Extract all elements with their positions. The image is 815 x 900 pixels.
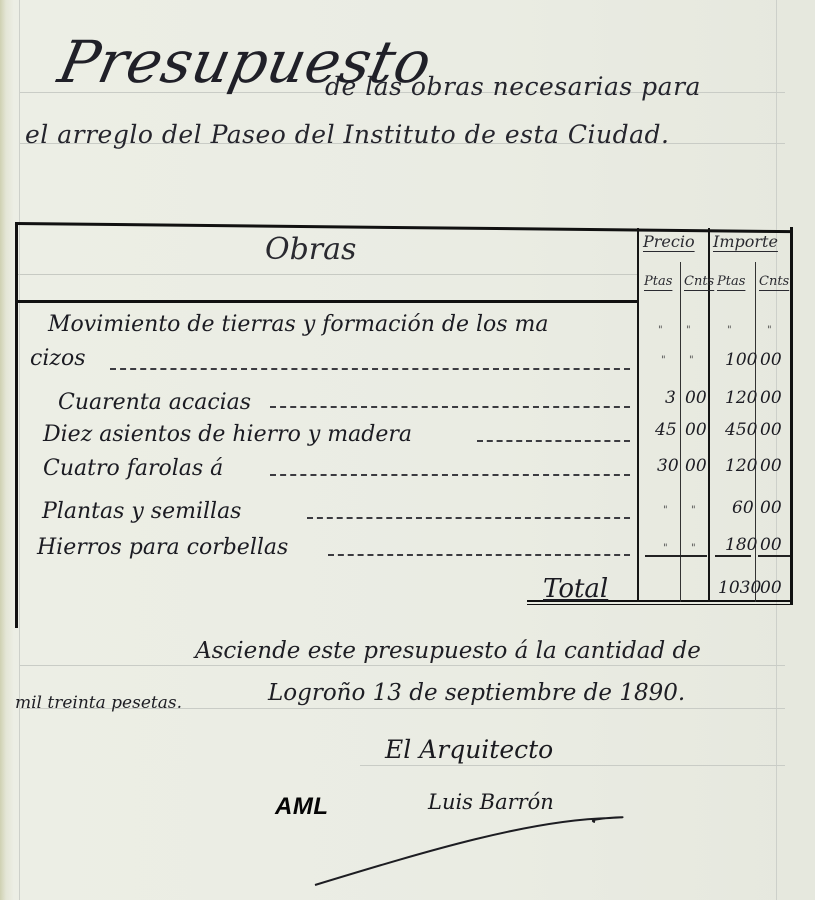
header-importe: Importe: [713, 232, 778, 251]
signer-role: El Arquitecto: [385, 735, 553, 764]
ruled-line: [360, 765, 785, 766]
ditto-mark: ": [767, 325, 772, 336]
leader-dashes: [328, 554, 630, 557]
ruled-line: [20, 665, 785, 666]
row-4-importe-cnts: 00: [760, 456, 782, 476]
row-5-importe-cnts: 00: [760, 498, 782, 518]
row-3-precio-cnts: 00: [685, 420, 707, 440]
subtotal-underline-precio: [645, 555, 707, 557]
document-page: Presupuesto de las obras necesarias para…: [0, 0, 815, 900]
row-3-label: Diez asientos de hierro y madera: [43, 422, 412, 447]
row-1-importe-cnts: 00: [760, 350, 782, 370]
archive-watermark-aml: AML: [275, 793, 328, 821]
leader-dashes: [270, 406, 630, 409]
row-2-precio-cnts: 00: [685, 388, 707, 408]
header-importe-cnts: Cnts: [759, 274, 789, 289]
row-6-importe-ptas: 180: [725, 535, 757, 555]
total-label: Total: [543, 574, 608, 604]
row-2-importe-cnts: 00: [760, 388, 782, 408]
row-4-precio-cnts: 00: [685, 456, 707, 476]
header-divider: [15, 300, 639, 303]
row-3-importe-cnts: 00: [760, 420, 782, 440]
row-1-importe-ptas: 100: [725, 350, 757, 370]
table-right-border: [790, 227, 793, 604]
table-left-border: [15, 222, 18, 628]
row-3-precio-ptas: 45: [655, 420, 677, 440]
header-precio-cnts: Cnts: [684, 274, 714, 289]
ditto-mark: ": [686, 325, 691, 336]
leader-dashes: [270, 474, 630, 477]
leader-dashes: [307, 517, 630, 520]
row-5-precio-ptas: ": [663, 505, 668, 516]
row-5-precio-cnts: ": [691, 505, 696, 516]
row-3-importe-ptas: 450: [725, 420, 757, 440]
ditto-mark: ": [658, 325, 663, 336]
row-1-label-line-2: cizos: [30, 346, 85, 371]
place-and-date: Logroño 13 de septiembre de 1890.: [268, 680, 685, 706]
closing-amount-words: mil treinta pesetas.: [15, 693, 182, 713]
row-4-importe-ptas: 120: [725, 456, 757, 476]
leader-dashes: [477, 440, 630, 443]
title-line-1: de las obras necesarias para: [325, 72, 701, 101]
budget-table: Obras Precio Importe Ptas Cnts Ptas Cnts…: [15, 222, 793, 602]
subtotal-underline-importe-ptas: [715, 555, 751, 557]
row-6-label: Hierros para corbellas: [37, 535, 288, 560]
row-5-importe-ptas: 60: [732, 498, 754, 518]
header-precio: Precio: [643, 232, 695, 251]
row-1-precio-ptas: ": [661, 355, 666, 366]
row-2-importe-ptas: 120: [725, 388, 757, 408]
row-1-label-line-1: Movimiento de tierras y formación de los…: [48, 312, 549, 337]
total-importe-cnts: 00: [760, 578, 782, 598]
leader-dashes: [110, 368, 630, 371]
row-6-precio-cnts: ": [691, 543, 696, 554]
row-4-label: Cuatro farolas á: [43, 456, 223, 481]
table-bottom-double-line: [527, 604, 793, 605]
ditto-mark: ": [727, 325, 732, 336]
subtotal-underline-importe-cnts: [758, 555, 790, 557]
row-1-precio-cnts: ": [689, 355, 694, 366]
row-6-importe-cnts: 00: [760, 535, 782, 555]
column-divider-obras-precio: [637, 228, 639, 602]
total-importe-ptas: 1030: [718, 578, 761, 598]
row-6-precio-ptas: ": [663, 543, 668, 554]
column-divider-precio-ptas-cnts: [680, 262, 681, 602]
row-4-precio-ptas: 30: [657, 456, 679, 476]
closing-line-1: Asciende este presupuesto á la cantidad …: [195, 638, 701, 664]
title-line-2: el arreglo del Paseo del Instituto de es…: [25, 120, 669, 149]
header-obras: Obras: [265, 232, 356, 267]
header-precio-ptas: Ptas: [644, 274, 672, 289]
row-2-precio-ptas: 3: [665, 388, 676, 408]
row-5-label: Plantas y semillas: [42, 499, 241, 524]
signature-flourish-icon: [310, 810, 750, 890]
row-2-label: Cuarenta acacias: [58, 390, 251, 415]
header-importe-ptas: Ptas: [717, 274, 745, 289]
ruled-line: [18, 274, 638, 275]
